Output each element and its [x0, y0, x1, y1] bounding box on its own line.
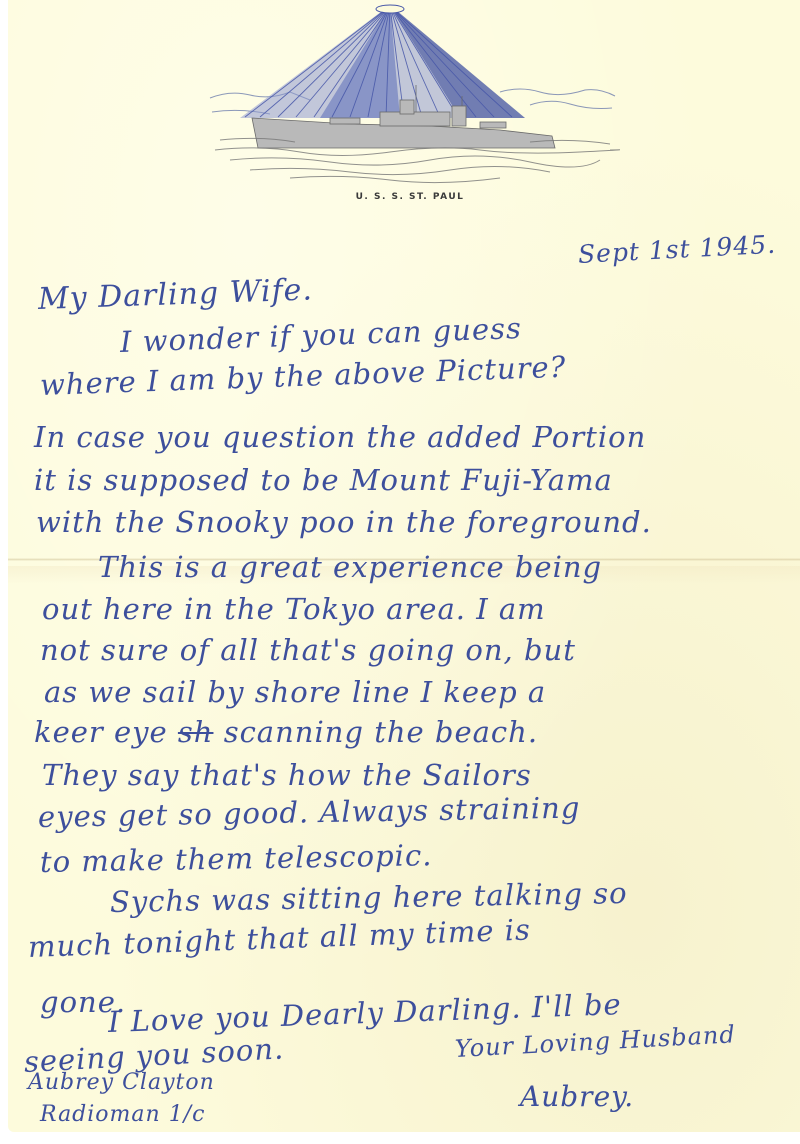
letter-line-8: not sure of all that's going on, but	[40, 633, 576, 667]
letter-line-10: keer eye sh scanning the beach.	[34, 715, 538, 749]
letter-line-7: out here in the Tokyo area. I am	[42, 592, 546, 626]
letter-line-5: with the Snooky poo in the foreground.	[36, 505, 652, 539]
letter-line-10-part-2: scanning the beach.	[224, 715, 538, 749]
ship-caption: U. S. S. ST. PAUL	[200, 192, 620, 202]
letter-line-6: This is a great experience being	[98, 550, 602, 584]
mount-fuji	[240, 5, 525, 118]
sender-rank: Radioman 1/c	[40, 1102, 205, 1127]
letter-line-11: They say that's how the Sailors	[42, 758, 532, 792]
mount-fuji-warship-illustration	[200, 0, 620, 185]
crossed-out-word: sh	[178, 715, 214, 749]
signature: Aubrey.	[520, 1080, 634, 1113]
letter-line-9: as we sail by shore line I keep a	[44, 675, 546, 709]
letter-line-10-part-1: keer eye	[34, 715, 168, 749]
letter-line-13: to make them telescopic.	[40, 838, 433, 879]
sender-name: Aubrey Clayton	[28, 1070, 215, 1095]
letter-line-4: it is supposed to be Mount Fuji-Yama	[34, 463, 613, 497]
letter-line-3: In case you question the added Portion	[34, 420, 646, 454]
